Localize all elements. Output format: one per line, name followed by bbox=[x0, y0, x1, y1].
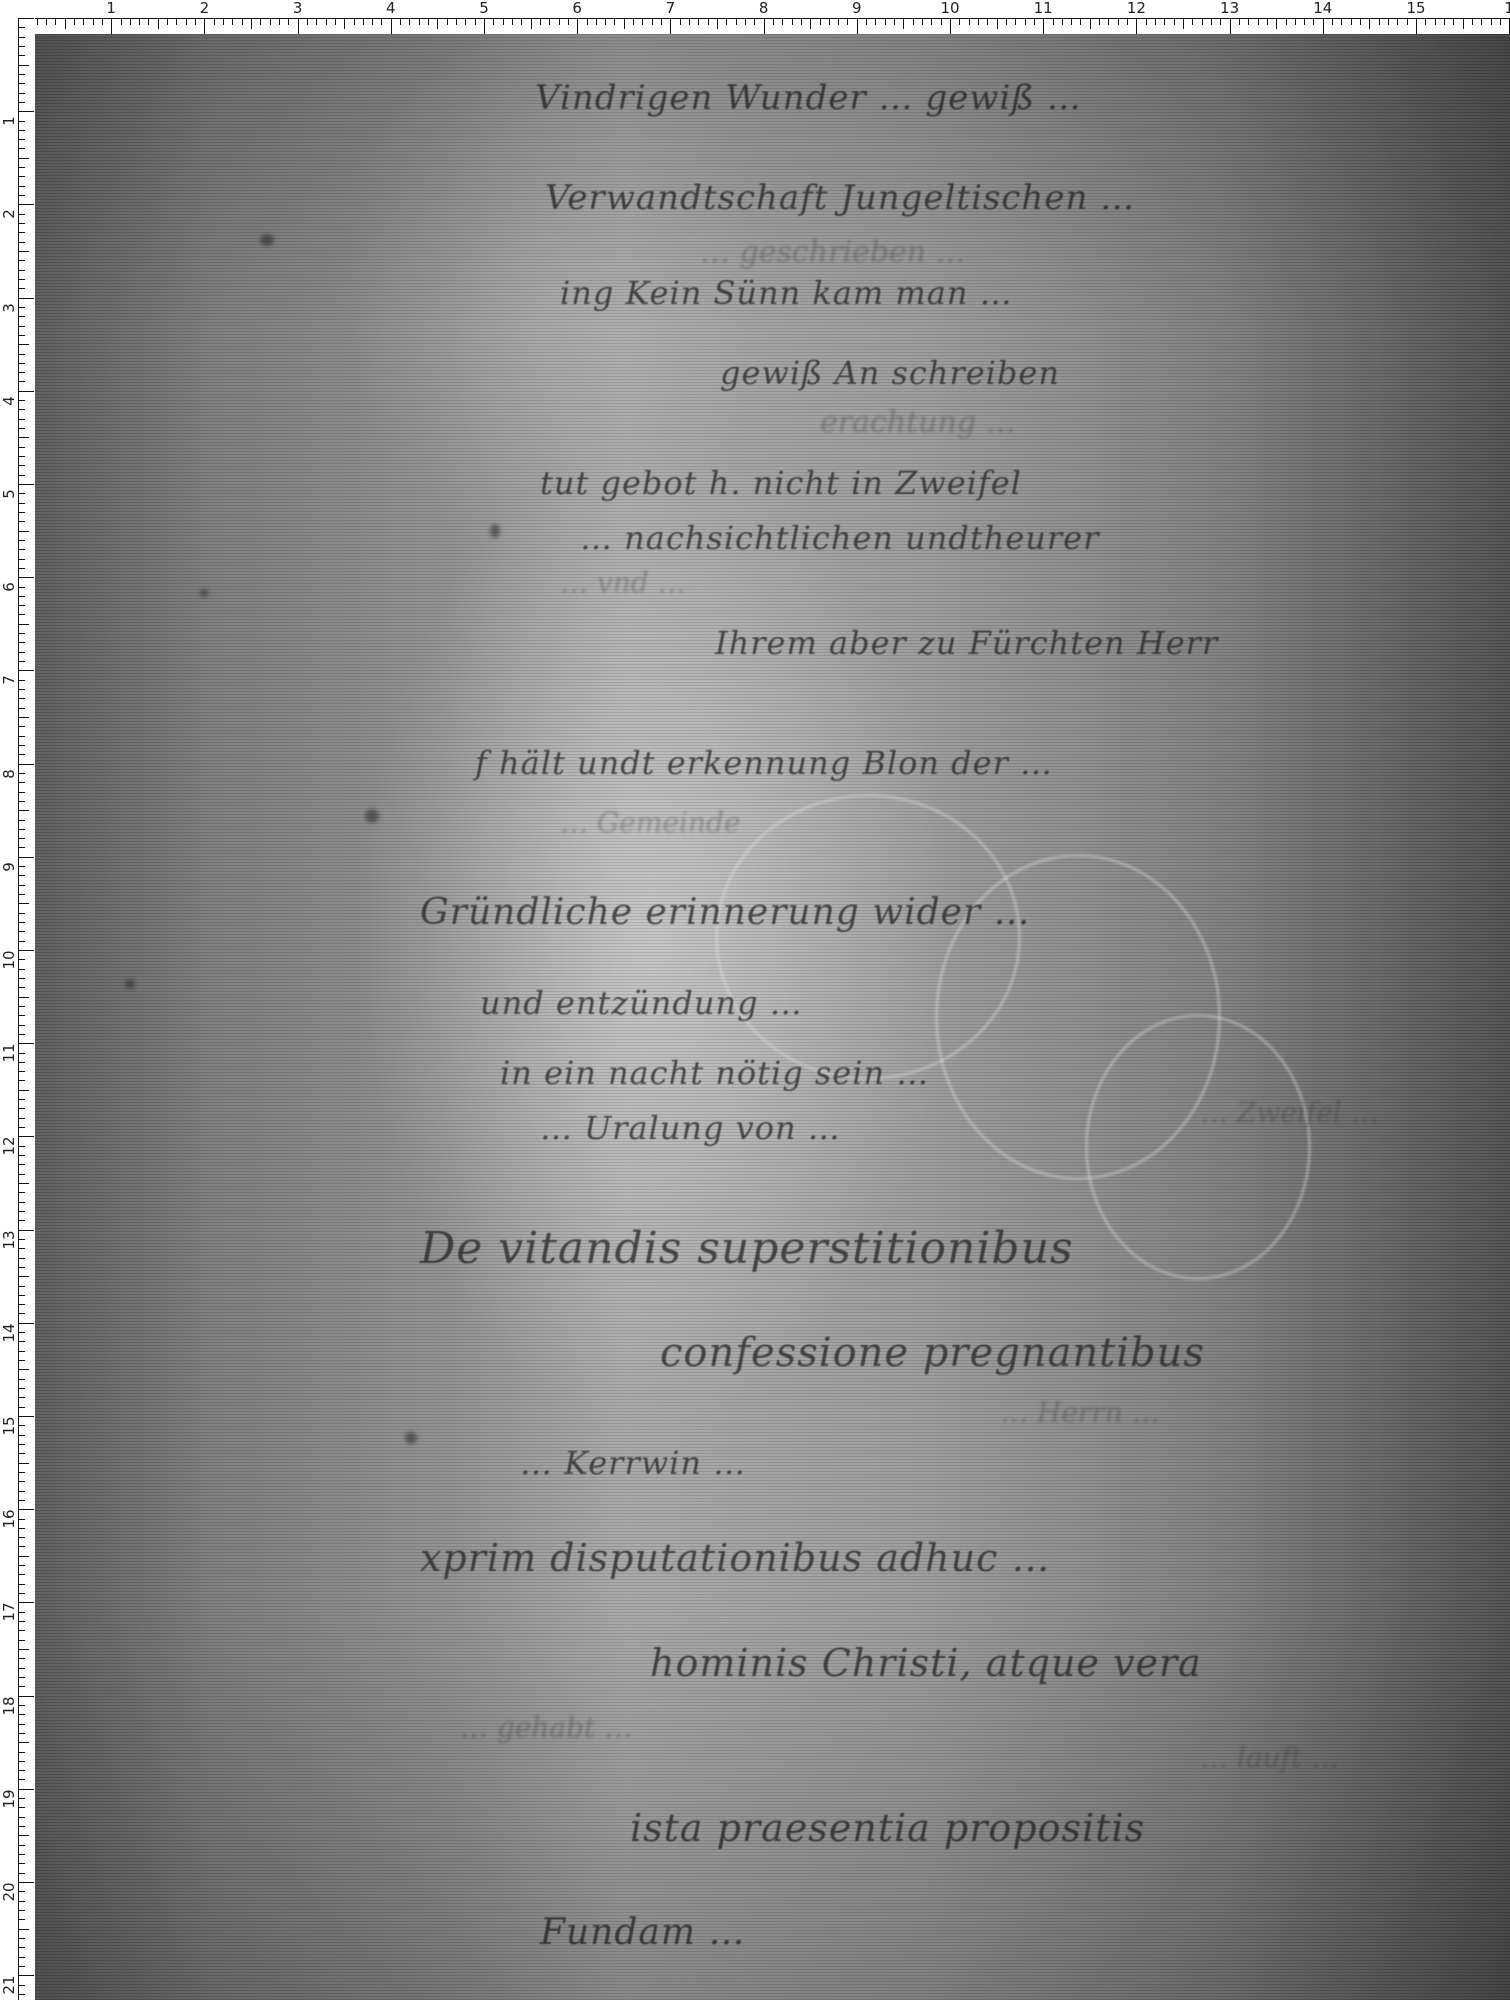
manuscript-line: in ein nacht nötig sein … bbox=[500, 1054, 929, 1092]
ruler-tick bbox=[764, 18, 765, 34]
ruler-label: 11 bbox=[1, 1044, 17, 1063]
ruler-tick bbox=[18, 1369, 29, 1370]
ruler-tick bbox=[18, 614, 25, 615]
manuscript-line: … Kerrwin … bbox=[520, 1444, 746, 1482]
ruler-tick bbox=[18, 1714, 25, 1715]
ruler-tick bbox=[18, 484, 34, 485]
ruler-tick bbox=[969, 18, 970, 25]
ruler-tick bbox=[18, 913, 25, 914]
underwriting-line: … geschrieben … bbox=[700, 235, 966, 270]
ruler-tick bbox=[1500, 18, 1501, 25]
ruler-tick bbox=[792, 18, 793, 25]
ruler-tick bbox=[894, 18, 895, 25]
ruler-tick bbox=[1015, 18, 1016, 25]
ruler-tick bbox=[1155, 18, 1156, 25]
ruler-tick bbox=[18, 941, 25, 942]
ruler-tick bbox=[18, 1286, 25, 1287]
ruler-tick bbox=[18, 773, 25, 774]
ruler-tick bbox=[18, 661, 25, 662]
ruler-tick bbox=[18, 1341, 25, 1342]
ruler-tick bbox=[18, 1798, 25, 1799]
ruler-tick bbox=[18, 1602, 34, 1603]
ruler-tick bbox=[18, 1463, 29, 1464]
ruler-tick bbox=[18, 1220, 25, 1221]
ruler-tick bbox=[18, 176, 25, 177]
ruler-tick bbox=[18, 1323, 34, 1324]
ruler-tick bbox=[18, 997, 29, 998]
ruler-tick bbox=[18, 139, 25, 140]
ruler-tick bbox=[1090, 18, 1091, 29]
ruler-tick bbox=[18, 1481, 25, 1482]
manuscript-line: De vitandis superstitionibus bbox=[420, 1223, 1074, 1274]
ruler-tick bbox=[1295, 18, 1296, 25]
ruler-tick bbox=[260, 18, 261, 25]
ruler-tick bbox=[18, 1295, 25, 1296]
ruler-tick bbox=[18, 428, 25, 429]
ruler-tick bbox=[270, 18, 271, 25]
ruler-tick bbox=[456, 18, 457, 25]
ruler-tick bbox=[18, 670, 34, 671]
ruler-tick bbox=[18, 130, 25, 131]
ruler-tick bbox=[978, 18, 979, 25]
ruler-tick bbox=[18, 829, 25, 830]
ruler-tick bbox=[782, 18, 783, 25]
ink-spot bbox=[125, 979, 135, 989]
ruler-tick bbox=[18, 1071, 25, 1072]
ruler-tick bbox=[18, 1435, 25, 1436]
ink-spot bbox=[260, 234, 274, 246]
ruler-tick bbox=[465, 18, 466, 25]
ruler-tick bbox=[1388, 18, 1389, 25]
ruler-tick bbox=[18, 540, 25, 541]
ruler-tick bbox=[689, 18, 690, 25]
ruler-tick bbox=[18, 1528, 25, 1529]
ruler-tick bbox=[1025, 18, 1026, 25]
ruler-tick bbox=[857, 18, 858, 34]
ruler-tick bbox=[18, 1211, 25, 1212]
ruler-tick bbox=[1146, 18, 1147, 25]
ruler-tick bbox=[354, 18, 355, 25]
ruler-tick bbox=[18, 1192, 25, 1193]
ruler-tick bbox=[18, 512, 25, 513]
ruler-tick bbox=[158, 18, 159, 29]
ruler-tick bbox=[391, 18, 392, 34]
ruler-tick bbox=[18, 1574, 25, 1575]
ruler-tick bbox=[18, 857, 34, 858]
ruler-tick bbox=[1099, 18, 1100, 25]
ruler-tick bbox=[18, 1509, 34, 1510]
ruler-tick bbox=[18, 204, 34, 205]
ruler-tick bbox=[1379, 18, 1380, 25]
ruler-tick bbox=[18, 1491, 25, 1492]
ruler-tick bbox=[18, 111, 34, 112]
ruler-label: 12 bbox=[1, 1137, 17, 1156]
ruler-tick bbox=[18, 810, 29, 811]
ruler-tick bbox=[18, 1724, 25, 1725]
ruler-tick bbox=[698, 18, 699, 25]
ruler-label: 4 bbox=[1, 396, 17, 406]
ruler-tick bbox=[18, 1640, 25, 1641]
ruler-tick bbox=[18, 167, 25, 168]
manuscript-scan: … geschrieben …erachtung …… vnd …… Gemei… bbox=[35, 34, 1510, 2000]
ruler-tick bbox=[18, 754, 25, 755]
ruler-tick bbox=[18, 1621, 25, 1622]
ruler-label: 15 bbox=[1, 1416, 17, 1435]
ruler-tick bbox=[214, 18, 215, 25]
ruler-tick bbox=[18, 1379, 25, 1380]
ruler-tick bbox=[18, 568, 25, 569]
ruler-tick bbox=[18, 493, 25, 494]
ruler-tick bbox=[18, 1546, 25, 1547]
ruler-tick bbox=[18, 37, 25, 38]
ruler-tick bbox=[18, 922, 25, 923]
ruler-tick bbox=[18, 1062, 25, 1063]
ruler-tick bbox=[18, 456, 25, 457]
ruler-tick bbox=[18, 288, 25, 289]
ruler-label: 13 bbox=[1, 1230, 17, 1249]
ruler-tick bbox=[913, 18, 914, 25]
ruler-tick bbox=[18, 1668, 25, 1669]
ruler-tick bbox=[18, 307, 25, 308]
ruler-tick bbox=[18, 1873, 25, 1874]
ruler-tick bbox=[18, 1444, 25, 1445]
ruler-tick bbox=[18, 232, 25, 233]
ruler-tick bbox=[18, 1649, 29, 1650]
ruler-tick bbox=[18, 503, 25, 504]
ruler-tick bbox=[18, 1779, 25, 1780]
ruler-tick bbox=[1192, 18, 1193, 25]
ruler-tick bbox=[186, 18, 187, 25]
ruler-tick bbox=[93, 18, 94, 25]
ruler-tick bbox=[18, 195, 25, 196]
ruler-tick bbox=[18, 1696, 34, 1697]
ruler-tick bbox=[316, 18, 317, 25]
ruler-tick bbox=[18, 1957, 25, 1958]
manuscript-line: Gründliche erinnerung wider … bbox=[420, 892, 1031, 933]
ruler-tick bbox=[18, 1230, 34, 1231]
ruler-tick bbox=[18, 587, 25, 588]
ruler-tick bbox=[279, 18, 280, 25]
ruler-tick bbox=[18, 419, 25, 420]
ruler-tick bbox=[344, 18, 345, 29]
ruler-label: 9 bbox=[852, 0, 862, 16]
ruler-tick bbox=[18, 1686, 25, 1687]
ruler-tick bbox=[987, 18, 988, 25]
ruler-tick bbox=[484, 18, 485, 34]
ruler-tick bbox=[18, 1537, 25, 1538]
ruler-tick bbox=[605, 18, 606, 25]
ruler-tick bbox=[1369, 18, 1370, 29]
ruler-tick bbox=[1463, 18, 1464, 29]
ruler-tick bbox=[130, 18, 131, 25]
ruler-tick bbox=[18, 465, 25, 466]
ruler-tick bbox=[18, 1015, 25, 1016]
ruler-tick bbox=[549, 18, 550, 25]
ruler-tick bbox=[1341, 18, 1342, 25]
ruler-tick bbox=[18, 1584, 25, 1585]
ruler-tick bbox=[1453, 18, 1454, 25]
ruler-tick bbox=[18, 1127, 25, 1128]
ruler-tick bbox=[875, 18, 876, 25]
ruler-tick bbox=[1267, 18, 1268, 25]
ruler-tick bbox=[18, 1817, 25, 1818]
ruler-tick bbox=[148, 18, 149, 25]
ruler-tick bbox=[18, 1304, 25, 1305]
ruler-tick bbox=[577, 18, 578, 34]
ruler-tick bbox=[18, 736, 25, 737]
ruler-label: 6 bbox=[572, 0, 582, 16]
ruler-tick bbox=[1043, 18, 1044, 34]
ruler-label: 20 bbox=[1, 1882, 17, 1901]
ruler-tick bbox=[18, 633, 25, 634]
ruler-label: 8 bbox=[759, 0, 769, 16]
ruler-tick bbox=[18, 1267, 25, 1268]
ruler-tick bbox=[503, 18, 504, 25]
ruler-label: 4 bbox=[386, 0, 396, 16]
ruler-tick bbox=[437, 18, 438, 29]
ruler-tick bbox=[18, 894, 25, 895]
ruler-tick bbox=[18, 931, 25, 932]
ruler-tick bbox=[381, 18, 382, 25]
ruler-tick bbox=[1276, 18, 1277, 29]
ruler-tick bbox=[18, 1360, 25, 1361]
ruler-tick bbox=[18, 400, 25, 401]
ruler-label: 16 bbox=[1, 1510, 17, 1529]
ruler-tick bbox=[18, 316, 25, 317]
ruler-tick bbox=[18, 1919, 25, 1920]
ruler-tick bbox=[18, 1472, 25, 1473]
ruler-tick bbox=[652, 18, 653, 25]
ruler-tick bbox=[18, 1164, 25, 1165]
ruler-tick bbox=[18, 1416, 34, 1417]
ruler-tick bbox=[521, 18, 522, 25]
ruler-tick bbox=[18, 978, 25, 979]
ruler-tick bbox=[18, 577, 34, 578]
ruler-tick bbox=[1425, 18, 1426, 25]
manuscript-line: ing Kein Sünn kam man … bbox=[560, 274, 1013, 312]
ruler-tick bbox=[1248, 18, 1249, 25]
ruler-tick bbox=[18, 1183, 29, 1184]
ruler-tick bbox=[204, 18, 205, 34]
ruler-tick bbox=[18, 1854, 25, 1855]
ruler-tick bbox=[18, 102, 25, 103]
underwriting-line: … lauft … bbox=[1200, 1741, 1339, 1774]
ruler-tick bbox=[18, 969, 25, 970]
ruler-label: 17 bbox=[1, 1603, 17, 1622]
ruler-tick bbox=[288, 18, 289, 25]
ink-spot bbox=[490, 524, 500, 538]
ruler-tick bbox=[18, 1034, 25, 1035]
ruler-tick bbox=[18, 1202, 25, 1203]
ruler-tick bbox=[18, 447, 25, 448]
ruler-tick bbox=[400, 18, 401, 25]
ruler-tick bbox=[409, 18, 410, 25]
ruler-tick bbox=[1323, 18, 1324, 34]
top-ruler: 01234567891011121314151 bbox=[0, 0, 1510, 34]
ruler-tick bbox=[903, 18, 904, 29]
ruler-tick bbox=[1304, 18, 1305, 25]
ruler-label: 2 bbox=[200, 0, 210, 16]
ruler-tick bbox=[18, 1742, 29, 1743]
ink-spot bbox=[405, 1432, 417, 1444]
manuscript-line: Fundam … bbox=[540, 1912, 745, 1953]
ruler-tick bbox=[18, 437, 29, 438]
ruler-tick bbox=[18, 1453, 25, 1454]
ruler-label: 7 bbox=[1, 676, 17, 686]
ruler-tick bbox=[1360, 18, 1361, 25]
ruler-tick bbox=[1071, 18, 1072, 25]
ruler-tick bbox=[18, 158, 29, 159]
ruler-tick bbox=[1239, 18, 1240, 25]
ruler-tick bbox=[18, 475, 25, 476]
ruler-tick bbox=[18, 903, 29, 904]
ruler-tick bbox=[1164, 18, 1165, 25]
ruler-label: 1 bbox=[1, 116, 17, 126]
ruler-tick bbox=[18, 642, 25, 643]
ruler-tick bbox=[18, 363, 25, 364]
underwriting-line: … Gemeinde bbox=[560, 806, 740, 839]
ruler-tick bbox=[167, 18, 168, 25]
ruler-tick bbox=[18, 1910, 25, 1911]
manuscript-line: ista praesentia propositis bbox=[630, 1806, 1145, 1850]
ruler-tick bbox=[680, 18, 681, 25]
ruler-tick bbox=[18, 1519, 25, 1520]
ruler-tick bbox=[1416, 18, 1417, 34]
ruler-tick bbox=[1080, 18, 1081, 25]
ruler-tick bbox=[1202, 18, 1203, 25]
ruler-tick bbox=[18, 745, 25, 746]
ruler-tick bbox=[1034, 18, 1035, 25]
ruler-tick bbox=[18, 1248, 25, 1249]
ruler-tick bbox=[18, 1565, 25, 1566]
ruler-tick bbox=[242, 18, 243, 25]
ruler-tick bbox=[18, 1901, 25, 1902]
ruler-tick bbox=[1118, 18, 1119, 25]
ruler-tick bbox=[18, 354, 25, 355]
ruler-tick bbox=[372, 18, 373, 25]
manuscript-line: hominis Christi, atque vera bbox=[650, 1641, 1202, 1685]
ruler-tick bbox=[18, 1938, 25, 1939]
ruler-tick bbox=[18, 987, 25, 988]
ruler-tick bbox=[1313, 18, 1314, 25]
ruler-tick bbox=[18, 242, 25, 243]
ruler-label: 6 bbox=[1, 582, 17, 592]
ruler-tick bbox=[1472, 18, 1473, 25]
ruler-tick bbox=[1351, 18, 1352, 25]
left-ruler: 123456789101112131415161718192021 bbox=[0, 0, 35, 2000]
manuscript-line: Vindrigen Wunder … gewiß … bbox=[535, 78, 1082, 118]
ruler-tick bbox=[18, 1258, 25, 1259]
ruler-label: 9 bbox=[1, 862, 17, 872]
ruler-tick bbox=[18, 121, 25, 122]
ruler-label: 21 bbox=[1, 1976, 17, 1995]
ruler-tick bbox=[1136, 18, 1137, 34]
ruler-label: 19 bbox=[1, 1789, 17, 1808]
ruler-tick bbox=[18, 74, 25, 75]
ruler-tick bbox=[18, 1332, 25, 1333]
ruler-tick bbox=[18, 298, 34, 299]
manuscript-line: Verwandtschaft Jungeltischen … bbox=[545, 178, 1135, 218]
ruler-tick bbox=[363, 18, 364, 25]
ruler-tick bbox=[18, 186, 25, 187]
ruler-tick bbox=[18, 726, 25, 727]
ruler-tick bbox=[18, 689, 25, 690]
ruler-tick bbox=[559, 18, 560, 25]
ruler-tick bbox=[1053, 18, 1054, 25]
ruler-tick bbox=[1332, 18, 1333, 25]
ruler-tick bbox=[18, 792, 25, 793]
ruler-tick bbox=[1062, 18, 1063, 25]
ruler-tick bbox=[661, 18, 662, 25]
ruler-tick bbox=[419, 18, 420, 25]
ruler-tick bbox=[18, 1025, 25, 1026]
ruler-tick bbox=[18, 1891, 25, 1892]
ruler-tick bbox=[950, 18, 951, 34]
ruler-label: 10 bbox=[940, 0, 959, 16]
ruler-tick bbox=[475, 18, 476, 25]
ruler-tick bbox=[428, 18, 429, 25]
ruler-tick bbox=[18, 381, 25, 382]
ruler-tick bbox=[18, 1276, 29, 1277]
ruler-tick bbox=[726, 18, 727, 25]
ruler-tick bbox=[1491, 18, 1492, 25]
ruler-tick bbox=[18, 1966, 25, 1967]
ruler-tick bbox=[1481, 18, 1482, 25]
underwriting-line: … Herrn … bbox=[1000, 1396, 1160, 1429]
ruler-tick bbox=[18, 409, 25, 410]
ruler-tick bbox=[18, 1994, 25, 1995]
ruler-tick bbox=[512, 18, 513, 25]
ruler-tick bbox=[326, 18, 327, 25]
ruler-tick bbox=[1211, 18, 1212, 25]
ruler-tick bbox=[335, 18, 336, 25]
manuscript-line: confessione pregnantibus bbox=[660, 1330, 1205, 1376]
ruler-tick bbox=[18, 372, 25, 373]
ruler-tick bbox=[1127, 18, 1128, 25]
ruler-tick bbox=[670, 18, 671, 34]
manuscript-line: Ihrem aber zu Fürchten Herr bbox=[715, 624, 1218, 662]
ruler-tick bbox=[18, 1397, 25, 1398]
ruler-label: 15 bbox=[1406, 0, 1425, 16]
ruler-label: 5 bbox=[1, 489, 17, 499]
ruler-tick bbox=[1183, 18, 1184, 29]
ruler-tick bbox=[624, 18, 625, 29]
ruler-tick bbox=[708, 18, 709, 25]
ruler-tick bbox=[866, 18, 867, 25]
ruler-tick bbox=[18, 820, 25, 821]
ruler-tick bbox=[941, 18, 942, 25]
ruler-label: 1 bbox=[106, 0, 116, 16]
ruler-tick bbox=[931, 18, 932, 25]
ruler-tick bbox=[1435, 18, 1436, 25]
ruler-tick bbox=[717, 18, 718, 29]
ruler-tick bbox=[18, 260, 25, 261]
manuscript-line: und entzündung … bbox=[480, 984, 803, 1022]
ruler-label: 14 bbox=[1, 1323, 17, 1342]
ruler-tick bbox=[820, 18, 821, 25]
ruler-tick bbox=[18, 1155, 25, 1156]
ruler-tick bbox=[18, 251, 29, 252]
ruler-tick bbox=[18, 148, 25, 149]
ruler-tick bbox=[18, 1006, 25, 1007]
ruler-tick bbox=[18, 1975, 34, 1976]
ruler-tick bbox=[232, 18, 233, 25]
underwriting-line: … gehabt … bbox=[460, 1711, 632, 1744]
ruler-label: 2 bbox=[1, 210, 17, 220]
ruler-tick bbox=[587, 18, 588, 25]
ruler-tick bbox=[18, 1677, 25, 1678]
ruler-tick bbox=[847, 18, 848, 25]
